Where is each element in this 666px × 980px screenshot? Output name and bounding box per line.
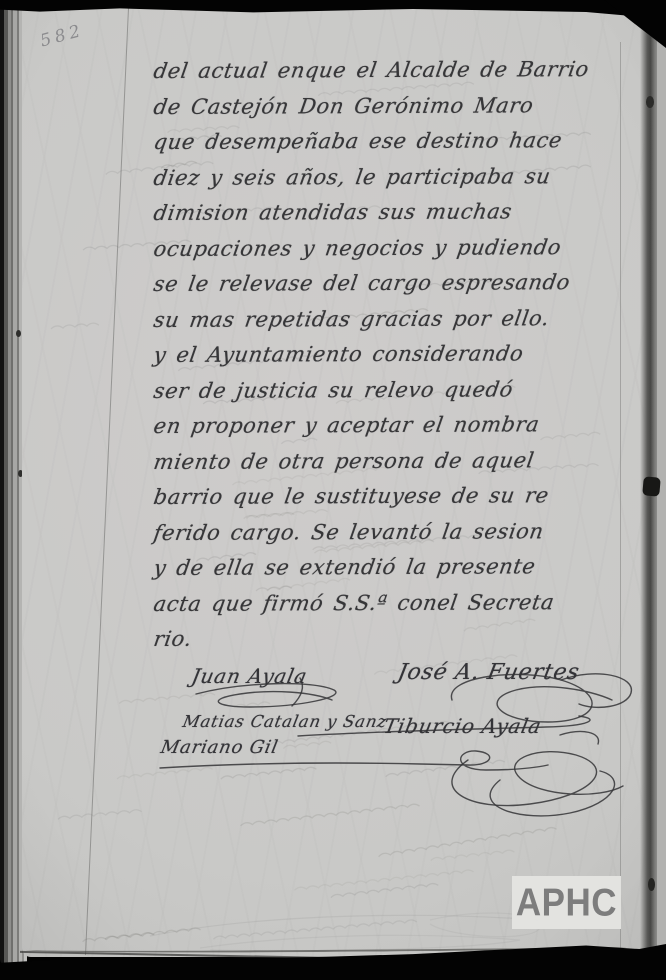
manuscript-line: ocupaciones y negocios y pudiendo — [150, 234, 644, 272]
binding-stitch — [642, 476, 661, 496]
manuscript-line: ser de justicia su relevo quedó — [150, 376, 644, 414]
manuscript-line: miento de otra persona de aquel — [150, 447, 644, 485]
manuscript-line: rio. — [150, 625, 644, 663]
signature-mariano-gil: Mariano Gil — [159, 737, 280, 758]
manuscript-line: en proponer y aceptar el nombra — [150, 412, 644, 450]
signature-tiburcio-ayala: Tiburcio Ayala — [382, 714, 544, 738]
manuscript-line: dimision atendidas sus muchas — [150, 199, 644, 237]
signature-jose-fuertes: José A. Fuertes — [396, 660, 582, 685]
manuscript-line: y el Ayuntamiento considerando — [150, 341, 644, 379]
manuscript-line: y de ella se extendió la presente — [150, 554, 644, 592]
aphc-watermark: APHC — [512, 876, 621, 929]
manuscript-line: del actual enque el Alcalde de Barrio — [150, 57, 644, 95]
manuscript-text: del actual enque el Alcalde de Barrio de… — [153, 59, 641, 663]
binding-mark — [646, 96, 654, 108]
binding-mark — [648, 878, 655, 891]
manuscript-line: acta que firmó S.S.ª conel Secreta — [150, 589, 644, 627]
scanned-manuscript-page: 582 del actual enque el Alcalde de Barri… — [0, 0, 666, 980]
manuscript-line: diez y seis años, le participaba su — [150, 163, 644, 201]
manuscript-line: de Castejón Don Gerónimo Maro — [150, 92, 644, 130]
manuscript-line: su mas repetidas gracias por ello. — [150, 305, 644, 343]
aphc-watermark-text: APHC — [516, 880, 617, 925]
manuscript-line: barrio que le sustituyese de su re — [150, 483, 644, 521]
manuscript-line: que desempeñaba ese destino hace — [150, 128, 644, 166]
page-edge-nick — [16, 330, 21, 337]
manuscript-line: ferido cargo. Se levantó la sesion — [150, 518, 644, 556]
manuscript-line: se le relevase del cargo espresando — [150, 270, 644, 308]
signature-juan-ayala: Juan Ayala — [190, 664, 310, 688]
signature-matias-catalan: Matias Catalan y Sanz — [181, 712, 389, 731]
